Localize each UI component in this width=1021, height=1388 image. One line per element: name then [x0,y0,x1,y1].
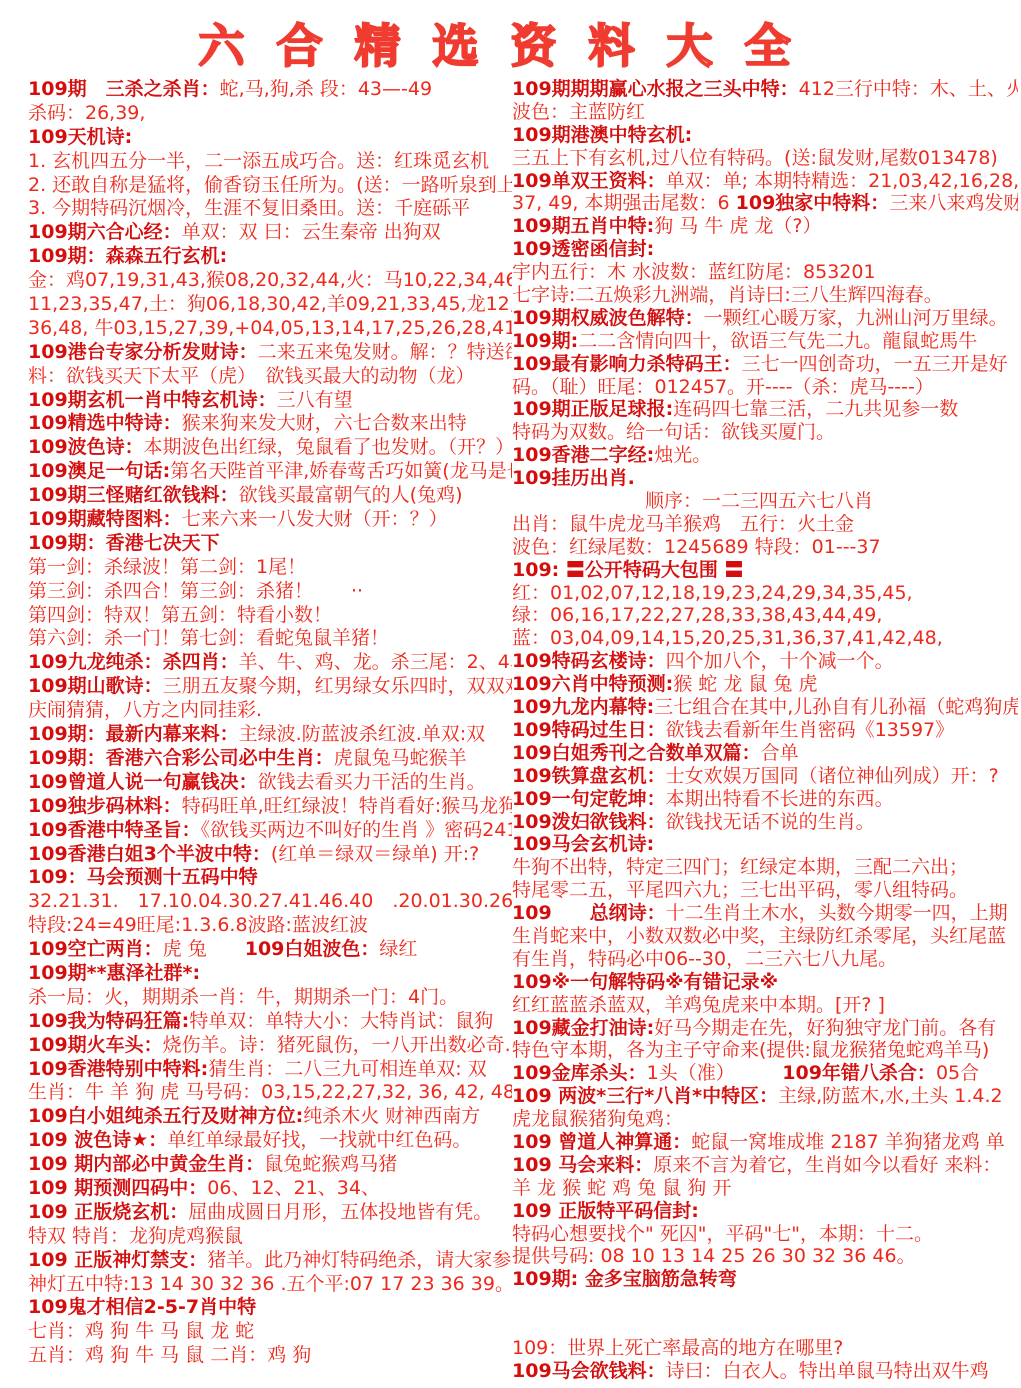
line-text-segment: 诗曰：白衣人。特出单鼠马特出双牛鸡 [666,1360,989,1382]
text-line: 杀码：26,39, [28,102,512,126]
text-line: 109香港二字经:烛光。 [512,444,1018,467]
line-heading-segment: 109单双王资料： [512,170,666,192]
text-line: 37, 49, 本期强击尾数：6 109独家中特料：三来八来鸡发财 [512,192,1018,215]
line-text-segment: 《欲钱买两边不叫好的生肖 》密码2417 [201,819,512,841]
line-heading-segment: 109 期内部必中黄金生肖： [28,1153,264,1175]
line-text-segment: 五肖：鸡 狗 牛 马 鼠 二肖：鸡 狗 [28,1344,311,1366]
text-line: 109期期期赢心水报之三头中特：412三行中特：木、土、火 [512,78,1018,101]
line-heading-segment: 109期 三杀之杀肖： [28,78,220,100]
line-text-segment: 绿：06,16,17,22,27,28,33,38,43,44,49, [512,604,882,626]
line-heading-segment: 109期山歌诗： [28,675,163,697]
line-text-segment: 生肖蛇来中，小数双数必中奖，主绿防红杀零尾，头红尾蓝 [512,925,1006,947]
line-text-segment: 412三行中特：木、土、火 [799,78,1018,100]
right-text-column: 109期期期赢心水报之三头中特：412三行中特：木、土、火波色：主蓝防红109期… [512,78,1018,1384]
line-text-segment: 06、12、21、34、 [207,1177,380,1199]
line-text-segment: 七字诗:二五焕彩九洲端，肖诗曰:三八生辉四海春。 [512,284,943,306]
line-text-segment: 红红蓝蓝杀蓝双，羊鸡兔虎来中本期。[开? ] [512,994,885,1016]
line-heading-segment: 109期: [512,330,578,352]
text-line: 109曾道人说一句赢钱决：欲钱去看买力干活的生肖。 [28,771,512,795]
line-heading-segment: 109最有影响力杀特码王： [512,353,742,375]
line-text-segment: 狗 马 牛 虎 龙（?） [654,215,821,237]
line-text-segment: 36,48, 牛03,15,27,39,+04,05,13,14,17,25,2… [28,317,512,339]
text-line: 三五上下有玄机,过八位有特码。(送:鼠发财,尾数013478) [512,147,1018,170]
text-line: 109期玄机一肖中特玄机诗：三八有望 [28,389,512,413]
text-line: 109港台专家分析发财诗：二来五来兔发财。解：？特送欲钱 [28,341,512,365]
line-text-segment: 单双：双 曰：云生秦帝 出狗双 [182,221,441,243]
line-heading-segment: 109精选中特诗： [28,412,182,434]
line-heading-segment: 109期正版足球报: [512,398,673,420]
line-heading-segment: 109九龙内幕特: [512,696,654,718]
line-text-segment: 第名天陛首平津,娇春莺舌巧如簧(龙马是也) [170,460,512,482]
line-heading-segment: 109期**惠泽社群*: [28,962,200,984]
line-text-segment: 特码为双数。给一句话：欲钱买厦门。 [512,421,835,443]
text-line: 109透密函信封: [512,238,1018,261]
line-text-segment: 蛇鼠一窝堆成堆 2187 羊狗猪龙鸡 单 [691,1131,1004,1153]
text-line: 109期五肖中特:狗 马 牛 虎 龙（?） [512,215,1018,238]
text-line: 料：欲钱买天下太平（虎） 欲钱买最大的动物（龙） [28,365,512,389]
text-line: 109※一句解特码※有错记录※ [512,971,1018,994]
line-text-segment: 出肖：鼠牛虎龙马羊猴鸡 五行：火土金 [512,513,854,535]
line-text-segment: 七来六来一八发大财（开：？） [182,508,448,530]
text-line: 109挂历出肖. [512,467,1018,490]
text-line: 虎龙鼠猴猪狗兔鸡： [512,1108,1018,1131]
text-line: 109香港特别中特料:猜生肖：二八三九可相连单双: 双 [28,1058,512,1082]
line-text-segment: 金：鸡07,19,31,43,猴08,20,32,44,火：马10,22,34,… [28,269,512,291]
line-text-segment: 37, 49, 本期强击尾数：6 [512,192,736,214]
line-heading-segment: 109独家中特料： [736,192,890,214]
line-text-segment: 杀码：26,39, [28,102,145,124]
text-line: 109 正版烧玄机：屈曲成圆日月形，五体投地皆有凭。 [28,1201,512,1225]
line-heading-segment: 109挂历出肖. [512,467,635,489]
line-heading-segment: 109 总纲诗： [512,902,666,924]
line-heading-segment: 109香港特别中特料: [28,1058,208,1080]
line-heading-segment: 109期火车头： [28,1034,163,1056]
line-text-segment: 三七一四创奇功，一五三开是好 [742,353,1008,375]
text-line: 特双 特肖：龙狗虎鸡猴鼠 [28,1225,512,1249]
line-text-segment: 本期出特看不长进的东西。 [666,788,894,810]
text-line: 特码为双数。给一句话：欲钱买厦门。 [512,421,1018,444]
text-line: 109单双王资料：单双：单; 本期特精选：21,03,42,16,28, [512,170,1018,193]
line-text-segment: 四个加八个，十个减一个。 [666,650,894,672]
line-heading-segment: 109期六合心经： [28,221,182,243]
line-text-segment: 码。（耻）旺尾：012457。开----（杀：虎马----） [512,376,934,398]
line-text-segment: 猴来狗来发大财，六七合数来出特 [182,412,467,434]
line-heading-segment: 109港台专家分析发财诗： [28,341,258,363]
line-text-segment: 第一剑：杀绿波！第二剑：1尾！ [28,556,306,578]
line-text-segment: 顺序：一二三四五六七八肖 [512,490,873,512]
line-heading-segment: 109 正版神灯禁支： [28,1249,207,1271]
text-line: 109：马会预测十五码中特 [28,866,512,890]
text-line: 红红蓝蓝杀蓝双，羊鸡兔虎来中本期。[开? ] [512,994,1018,1017]
line-heading-segment: 109白姐秀刊之合数单双篇： [512,742,761,764]
line-text-segment: 虎鼠兔马蛇猴羊 [334,747,467,769]
line-heading-segment: 109波色诗： [28,436,144,458]
text-line: 109香港中特圣旨：《欲钱买两边不叫好的生肖 》密码2417 [28,819,512,843]
text-line: 109期**惠泽社群*: [28,962,512,986]
line-text-segment: 连码四七靠三活，二九共见参一数 [673,398,958,420]
line-heading-segment: 109特码过生日： [512,719,666,741]
text-line: 32.21.31. 17.10.04.30.27.41.46.40 .20.01… [28,890,512,914]
line-text-segment: 二来五来兔发财。解：？特送欲钱 [258,341,512,363]
line-heading-segment: 109曾道人说一句赢钱决： [28,771,258,793]
line-heading-segment: 109期：森森五行玄机: [28,245,227,267]
text-line: 109期 三杀之杀肖：蛇,马,狗,杀 段：43—-49 [28,78,512,102]
text-line: 109 两波*三行*八肖*中特区：主绿,防蓝木,水,土头 1.4.2 [512,1085,1018,1108]
text-line: 3. 今期特码沉烟冷，生涯不复旧桑田。送：千庭砾平 [28,197,512,221]
line-text-segment: 羊、牛、鸡、龙。杀三尾：2、4、9。 [239,651,512,673]
line-text-segment: 有生肖，特码必中06--30，二三六七八九尾。 [512,948,897,970]
line-heading-segment: 109白小姐纯杀五行及财神方位: [28,1105,303,1127]
text-line [512,1291,1018,1314]
line-text-segment: 猪羊。此乃神灯特码绝杀，请大家参考! [207,1249,512,1271]
text-line: 特段:24=49旺尾:1.3.6.8波路:蓝波红波 [28,914,512,938]
line-text-segment: 绿红 [379,938,417,960]
line-text-segment: 11,23,35,47,土：狗06,18,30,42,羊09,21,33,45,… [28,293,512,315]
text-line: 109鬼才相信2-5-7肖中特 [28,1296,512,1320]
text-line: 七肖：鸡 狗 牛 马 鼠 龙 蛇 [28,1320,512,1344]
line-heading-segment: 109: 〓公开特码大包围 〓 [512,559,744,581]
text-line: 2. 还敢自称是猛将，偷香窃玉任所为。(送：一路听泉到上方) [28,174,512,198]
line-heading-segment: 109铁算盘玄机： [512,765,666,787]
text-line: 蓝：03,04,09,14,15,20,25,31,36,37,41,42,48… [512,627,1018,650]
line-heading-segment: 109 马会来料： [512,1154,653,1176]
line-text-segment: 三朋五友聚今期，红男绿女乐四时，双双欢 [163,675,512,697]
left-text-column: 109期 三杀之杀肖：蛇,马,狗,杀 段：43—-49杀码：26,39,109天… [28,78,512,1384]
line-text-segment: 单红单绿最好找，一找就中红色码。 [167,1129,471,1151]
text-line: 109 波色诗★：单红单绿最好找，一找就中红色码。 [28,1129,512,1153]
line-text-segment: 1头（准） [647,1062,783,1084]
line-text-segment: 1. 玄机四五分一半，二一添五成巧合。送：红珠觅玄机 [28,150,489,172]
text-line: 109白姐秀刊之合数单双篇：合单 [512,742,1018,765]
line-text-segment: 红：01,02,07,12,18,19,23,24,29,34,35,45, [512,582,913,604]
text-line: 109马会欲钱料：诗曰：白衣人。特出单鼠马特出双牛鸡 [512,1360,1018,1383]
line-heading-segment: 109我为特码狂篇: [28,1010,189,1032]
line-text-segment: 109：世界上死亡率最高的地方在哪里? [512,1337,843,1359]
line-text-segment: 2. 还敢自称是猛将，偷香窃玉任所为。(送：一路听泉到上方) [28,174,512,196]
line-text-segment: 特双 特肖：龙狗虎鸡猴鼠 [28,1225,243,1247]
text-line: 绿：06,16,17,22,27,28,33,38,43,44,49, [512,604,1018,627]
text-line: 109天机诗: [28,126,512,150]
text-line: 109期山歌诗：三朋五友聚今期，红男绿女乐四时，双双欢 [28,675,512,699]
line-text-segment: 特色守本期，各为主子守命来(提供:鼠龙猴猪兔蛇鸡羊马) [512,1039,989,1061]
text-line: 109期藏特图料：七来六来一八发大财（开：？） [28,508,512,532]
line-heading-segment: 109 正版特平码信封: [512,1200,699,1222]
line-text-segment: 欲钱买最富朝气的人(兔鸡) [239,484,463,506]
line-text-segment: 第六剑：杀一门！第七剑：看蛇兔鼠羊猪！ [28,627,389,649]
text-line: 金：鸡07,19,31,43,猴08,20,32,44,火：马10,22,34,… [28,269,512,293]
line-heading-segment: 109期五肖中特: [512,215,654,237]
line-text-segment: 料：欲钱买天下太平（虎） 欲钱买最大的动物（龙） [28,365,475,387]
text-line: 1. 玄机四五分一半，二一添五成巧合。送：红珠觅玄机 [28,150,512,174]
line-text-segment: 特码旺单,旺红绿波！特肖看好:猴马龙狗 [182,795,512,817]
line-heading-segment: 109期: 金多宝脑筋急转弯 [512,1268,737,1290]
line-text-segment: 三五上下有玄机,过八位有特码。(送:鼠发财,尾数013478) [512,147,998,169]
text-line: 顺序：一二三四五六七八肖 [512,490,1018,513]
line-heading-segment: 109泼妇欲钱料： [512,811,666,833]
text-line: 出肖：鼠牛虎龙马羊猴鸡 五行：火土金 [512,513,1018,536]
text-line: 109香港白姐3个半波中特：(红单＝绿双＝绿单) 开:? [28,843,512,867]
line-text-segment: 特段:24=49旺尾:1.3.6.8波路:蓝波红波 [28,914,368,936]
text-line: 红：01,02,07,12,18,19,23,24,29,34,35,45, [512,582,1018,605]
line-text-segment: 三八有望 [277,389,353,411]
text-line: 提供号码: 08 10 13 14 25 26 30 32 36 46。 [512,1245,1018,1268]
line-text-segment: 主绿,防蓝木,水,土头 1.4.2 [778,1085,1003,1107]
line-heading-segment: 109期权威波色解特： [512,307,704,329]
line-text-segment: 3. 今期特码沉烟冷，生涯不复旧桑田。送：千庭砾平 [28,197,470,219]
text-line: 第四剑：特双！第五剑：特看小数！ [28,604,512,628]
line-text-segment: 原来不言为着它，生肖如今以看好 来料： [653,1154,1001,1176]
text-line: 五肖：鸡 狗 牛 马 鼠 二肖：鸡 狗 [28,1344,512,1368]
text-line: 109白小姐纯杀五行及财神方位:纯杀木火 财神西南方 [28,1105,512,1129]
text-line: 109独步码林料：特码旺单,旺红绿波！特肖看好:猴马龙狗 [28,795,512,819]
text-line: 109：世界上死亡率最高的地方在哪里? [512,1337,1018,1360]
line-heading-segment: 109金库杀头： [512,1062,647,1084]
line-text-segment: 宇内五行：木 水波数：蓝红防尾：853201 [512,261,876,283]
line-heading-segment: 109鬼才相信2-5-7肖中特 [28,1296,256,1318]
text-line: 109期：森森五行玄机: [28,245,512,269]
line-heading-segment: 109香港白姐3个半波中特： [28,843,271,865]
text-line: 109泼妇欲钱料：欲钱找无话不说的生肖。 [512,811,1018,834]
page-title: 六合精选资料大全 [0,10,1021,76]
line-text-segment: (红单＝绿双＝绿单) 开:? [271,843,479,865]
text-line: 109 曾道人神算通：蛇鼠一窝堆成堆 2187 羊狗猪龙鸡 单 [512,1131,1018,1154]
text-line: 七字诗:二五焕彩九洲端，肖诗曰:三八生辉四海春。 [512,284,1018,307]
text-line: 第六剑：杀一门！第七剑：看蛇兔鼠羊猪！ [28,627,512,651]
line-text-segment: 欲钱去看新年生肖密码《13597》 [666,719,954,741]
text-line: 109特码玄楼诗：四个加八个，十个减一个。 [512,650,1018,673]
line-heading-segment: 109期：最新内幕来料： [28,723,239,745]
text-line: 109澳足一句话:第名天陛首平津,娇春莺舌巧如簧(龙马是也) [28,460,512,484]
text-line: 生肖蛇来中，小数双数必中奖，主绿防红杀零尾，头红尾蓝 [512,925,1018,948]
text-line: 庆闹猜猜，八方之内同挂彩. [28,699,512,723]
line-heading-segment: 109独步码林料： [28,795,182,817]
line-text-segment: 庆闹猜猜，八方之内同挂彩. [28,699,262,721]
text-line: 109期：香港六合彩公司必中生肖：虎鼠兔马蛇猴羊 [28,747,512,771]
line-text-segment: 波色：主蓝防红 [512,101,645,123]
text-line: 109马会玄机诗: [512,833,1018,856]
line-text-segment: 合单 [761,742,799,764]
line-text-segment: 特单双：单特大小：大特肖试：鼠狗 [189,1010,493,1032]
line-text-segment: 烧伤羊。诗：猪死鼠伤，一八开出数必奇. [163,1034,511,1056]
text-line: 特码心想要找个" 死囚"，平码"七"，本期：十二。 [512,1223,1018,1246]
text-line: 109空亡两肖：虎 兔 109白姐波色：绿红 [28,938,512,962]
text-line: 特色守本期，各为主子守命来(提供:鼠龙猴猪兔蛇鸡羊马) [512,1039,1018,1062]
text-line: 109九龙内幕特:三七组合在其中,儿孙自有儿孙福（蛇鸡狗虎） [512,696,1018,719]
line-text-segment: 纯杀木火 财神西南方 [303,1105,480,1127]
text-line: 109 正版神灯禁支：猪羊。此乃神灯特码绝杀，请大家参考! [28,1249,512,1273]
line-heading-segment: 109 曾道人神算通： [512,1131,691,1153]
text-line: 109期港澳中特玄机: [512,124,1018,147]
text-line [512,1314,1018,1337]
line-heading-segment: 109澳足一句话: [28,460,170,482]
text-line: 109 期预测四码中：06、12、21、34、 [28,1177,512,1201]
line-text-segment: 杀一局：火，期期杀一肖：牛，期期杀一门：4门。 [28,986,458,1008]
text-line: 109金库杀头：1头（准） 109年错八杀合：05合 [512,1062,1018,1085]
text-line: 109期火车头：烧伤羊。诗：猪死鼠伤，一八开出数必奇. [28,1034,512,1058]
line-heading-segment: 109马会欲钱料： [512,1360,666,1382]
text-line: 109期权威波色解特：一颗红心暖万家，九洲山河万里绿。 [512,307,1018,330]
text-line: 109: 〓公开特码大包围 〓 [512,559,1018,582]
line-heading-segment: 109藏金打油诗: [512,1017,654,1039]
text-line: 码。（耻）旺尾：012457。开----（杀：虎马----） [512,376,1018,399]
text-line: 109期：最新内幕来料：主绿波.防蓝波杀红波.单双:双 [28,723,512,747]
line-text-segment: 05合 [936,1062,979,1084]
line-text-segment: 特尾零二五，平尾四六九；三七出平码，零八组特码。 [512,879,968,901]
text-line: 109 期内部必中黄金生肖：鼠兔蛇猴鸡马猪 [28,1153,512,1177]
line-text-segment: 蓝：03,04,09,14,15,20,25,31,36,37,41,42,48… [512,627,943,649]
line-heading-segment: 109：马会预测十五码中特 [28,866,258,888]
line-heading-segment: 109特码玄楼诗： [512,650,666,672]
text-line: 109期: 金多宝脑筋急转弯 [512,1268,1018,1291]
line-text-segment: 三来八来鸡发财 [889,192,1018,214]
text-line: 109六肖中特预测:猴 蛇 龙 鼠 兔 虎 [512,673,1018,696]
text-line: 109期:二二含情向四十，欲语三气先二九。龍鼠蛇馬牛 [512,330,1018,353]
line-text-segment: 二二含情向四十，欲语三气先二九。龍鼠蛇馬牛 [578,330,977,352]
text-line: 109铁算盘玄机：士女欢娱万国同（诸位神仙列成）开：? [512,765,1018,788]
line-text-segment: 十二生肖土木水，头数今期零一四，上期 [666,902,1008,924]
line-text-segment: 羊 龙 猴 蛇 鸡 兔 鼠 狗 开 [512,1177,731,1199]
text-line: 109 总纲诗：十二生肖土木水，头数今期零一四，上期 [512,902,1018,925]
line-text-segment: 单双：单; 本期特精选：21,03,42,16,28, [666,170,1018,192]
line-text-segment: 屈曲成圆日月形，五体投地皆有凭。 [188,1201,492,1223]
line-heading-segment: 109期港澳中特玄机: [512,124,692,146]
text-line: 杀一局：火，期期杀一肖：牛，期期杀一门：4门。 [28,986,512,1010]
text-line: 109藏金打油诗:好马今期走在先，好狗独守龙门前。各有 [512,1017,1018,1040]
line-text-segment: 士女欢娱万国同（诸位神仙列成）开：? [666,765,999,787]
line-text-segment: 好马今期走在先，好狗独守龙门前。各有 [654,1017,996,1039]
line-heading-segment: 109马会玄机诗: [512,833,654,855]
line-text-segment: 虎 兔 [163,938,245,960]
text-line: 宇内五行：木 水波数：蓝红防尾：853201 [512,261,1018,284]
text-line: 109期三怪赌红欲钱料：欲钱买最富朝气的人(兔鸡) [28,484,512,508]
line-heading-segment: 109年错八杀合： [782,1062,936,1084]
line-text-segment: 猜生肖：二八三九可相连单双: 双 [208,1058,486,1080]
line-heading-segment: 109天机诗: [28,126,132,148]
text-line: 第三剑：杀四合！第三剑：杀猪！ ·· [28,580,512,604]
text-line: 109期正版足球报:连码四七靠三活，二九共见参一数 [512,398,1018,421]
line-text-segment: 三七组合在其中,儿孙自有儿孙福（蛇鸡狗虎） [654,696,1018,718]
text-line: 神灯五中特:13 14 30 32 36 .五个平:07 17 23 36 39… [28,1273,512,1297]
line-text-segment: 第四剑：特双！第五剑：特看小数！ [28,604,332,626]
text-line: 109九龙纯杀：杀四肖：羊、牛、鸡、龙。杀三尾：2、4、9。 [28,651,512,675]
line-heading-segment: 109期藏特图料： [28,508,182,530]
line-text-segment: 牛狗不出特，特定三四门；红绿定本期，三配二六出； [512,856,968,878]
line-heading-segment: 109透密函信封: [512,238,654,260]
line-text-segment: 欲钱去看买力干活的生肖。 [258,771,486,793]
line-text-segment: 欲钱找无话不说的生肖。 [666,811,875,833]
line-text-segment: 本期波色出红绿，兔鼠看了也发财。（开？） [144,436,512,458]
document-page: 六合精选资料大全 109期 三杀之杀肖：蛇,马,狗,杀 段：43—-49杀码：2… [0,0,1021,1388]
text-line: 生肖：牛 羊 狗 虎 马号码：03,15,22,27,32, 36, 42, 4… [28,1081,512,1105]
line-text-segment: 第三剑：杀四合！第三剑：杀猪！ ·· [28,580,363,602]
line-heading-segment: 109期三怪赌红欲钱料： [28,484,239,506]
line-heading-segment: 109期：香港六合彩公司必中生肖： [28,747,334,769]
text-line: 有生肖，特码必中06--30，二三六七八九尾。 [512,948,1018,971]
text-line: 109期六合心经：单双：双 曰：云生秦帝 出狗双 [28,221,512,245]
text-line: 牛狗不出特，特定三四门；红绿定本期，三配二六出； [512,856,1018,879]
line-heading-segment: 109※一句解特码※有错记录※ [512,971,778,993]
line-text-segment: 波色：红绿尾数：1245689 特段：01---37 [512,536,881,558]
line-heading-segment: 109 期预测四码中： [28,1177,207,1199]
text-line: 羊 龙 猴 蛇 鸡 兔 鼠 狗 开 [512,1177,1018,1200]
text-line: 109一句定乾坤：本期出特看不长进的东西。 [512,788,1018,811]
line-heading-segment: 109白姐波色： [245,938,380,960]
line-heading-segment: 109期期期赢心水报之三头中特： [512,78,799,100]
line-text-segment: 神灯五中特:13 14 30 32 36 .五个平:07 17 23 36 39… [28,1273,512,1295]
text-line: 11,23,35,47,土：狗06,18,30,42,羊09,21,33,45,… [28,293,512,317]
text-line: 波色：主蓝防红 [512,101,1018,124]
line-heading-segment: 109 波色诗★： [28,1129,167,1151]
text-line: 波色：红绿尾数：1245689 特段：01---37 [512,536,1018,559]
line-heading-segment: 109 两波*三行*八肖*中特区： [512,1085,778,1107]
line-text-segment: 蛇,马,狗,杀 段：43—-49 [220,78,432,100]
line-heading-segment: 109空亡两肖： [28,938,163,960]
text-line: 36,48, 牛03,15,27,39,+04,05,13,14,17,25,2… [28,317,512,341]
text-line: 109特码过生日：欲钱去看新年生肖密码《13597》 [512,719,1018,742]
line-heading-segment: 109香港中特圣旨： [28,819,201,841]
text-line: 109 马会来料：原来不言为着它，生肖如今以看好 来料： [512,1154,1018,1177]
line-text-segment: 鼠兔蛇猴鸡马猪 [264,1153,397,1175]
line-text-segment: 猴 蛇 龙 鼠 兔 虎 [673,673,817,695]
line-text-segment: 烛光。 [654,444,711,466]
line-text-segment: 生肖：牛 羊 狗 虎 马号码：03,15,22,27,32, 36, 42, 4… [28,1081,512,1103]
line-text-segment: 特码心想要找个" 死囚"，平码"七"，本期：十二。 [512,1223,933,1245]
line-heading-segment: 109香港二字经: [512,444,654,466]
line-text-segment: 32.21.31. 17.10.04.30.27.41.46.40 .20.01… [28,890,512,912]
line-heading-segment: 109一句定乾坤： [512,788,666,810]
text-line: 特尾零二五，平尾四六九；三七出平码，零八组特码。 [512,879,1018,902]
text-line: 109 正版特平码信封: [512,1200,1018,1223]
line-text-segment: 七肖：鸡 狗 牛 马 鼠 龙 蛇 [28,1320,254,1342]
line-heading-segment: 109期：香港七决天下 [28,532,220,554]
text-line: 109最有影响力杀特码王：三七一四创奇功，一五三开是好 [512,353,1018,376]
text-line: 109精选中特诗：猴来狗来发大财，六七合数来出特 [28,412,512,436]
line-text-segment: 一颗红心暖万家，九洲山河万里绿。 [704,307,1008,329]
text-line: 109我为特码狂篇:特单双：单特大小：大特肖试：鼠狗 [28,1010,512,1034]
line-heading-segment: 109六肖中特预测: [512,673,673,695]
text-line: 109期：香港七决天下 [28,532,512,556]
line-text-segment: 提供号码: 08 10 13 14 25 26 30 32 36 46。 [512,1245,916,1267]
line-text-segment: 主绿波.防蓝波杀红波.单双:双 [239,723,485,745]
line-heading-segment: 109九龙纯杀：杀四肖： [28,651,239,673]
line-heading-segment: 109 正版烧玄机： [28,1201,188,1223]
line-text-segment: 虎龙鼠猴猪狗兔鸡： [512,1108,683,1130]
text-line: 第一剑：杀绿波！第二剑：1尾！ [28,556,512,580]
text-line: 109波色诗：本期波色出红绿，兔鼠看了也发财。（开？） [28,436,512,460]
line-heading-segment: 109期玄机一肖中特玄机诗： [28,389,277,411]
